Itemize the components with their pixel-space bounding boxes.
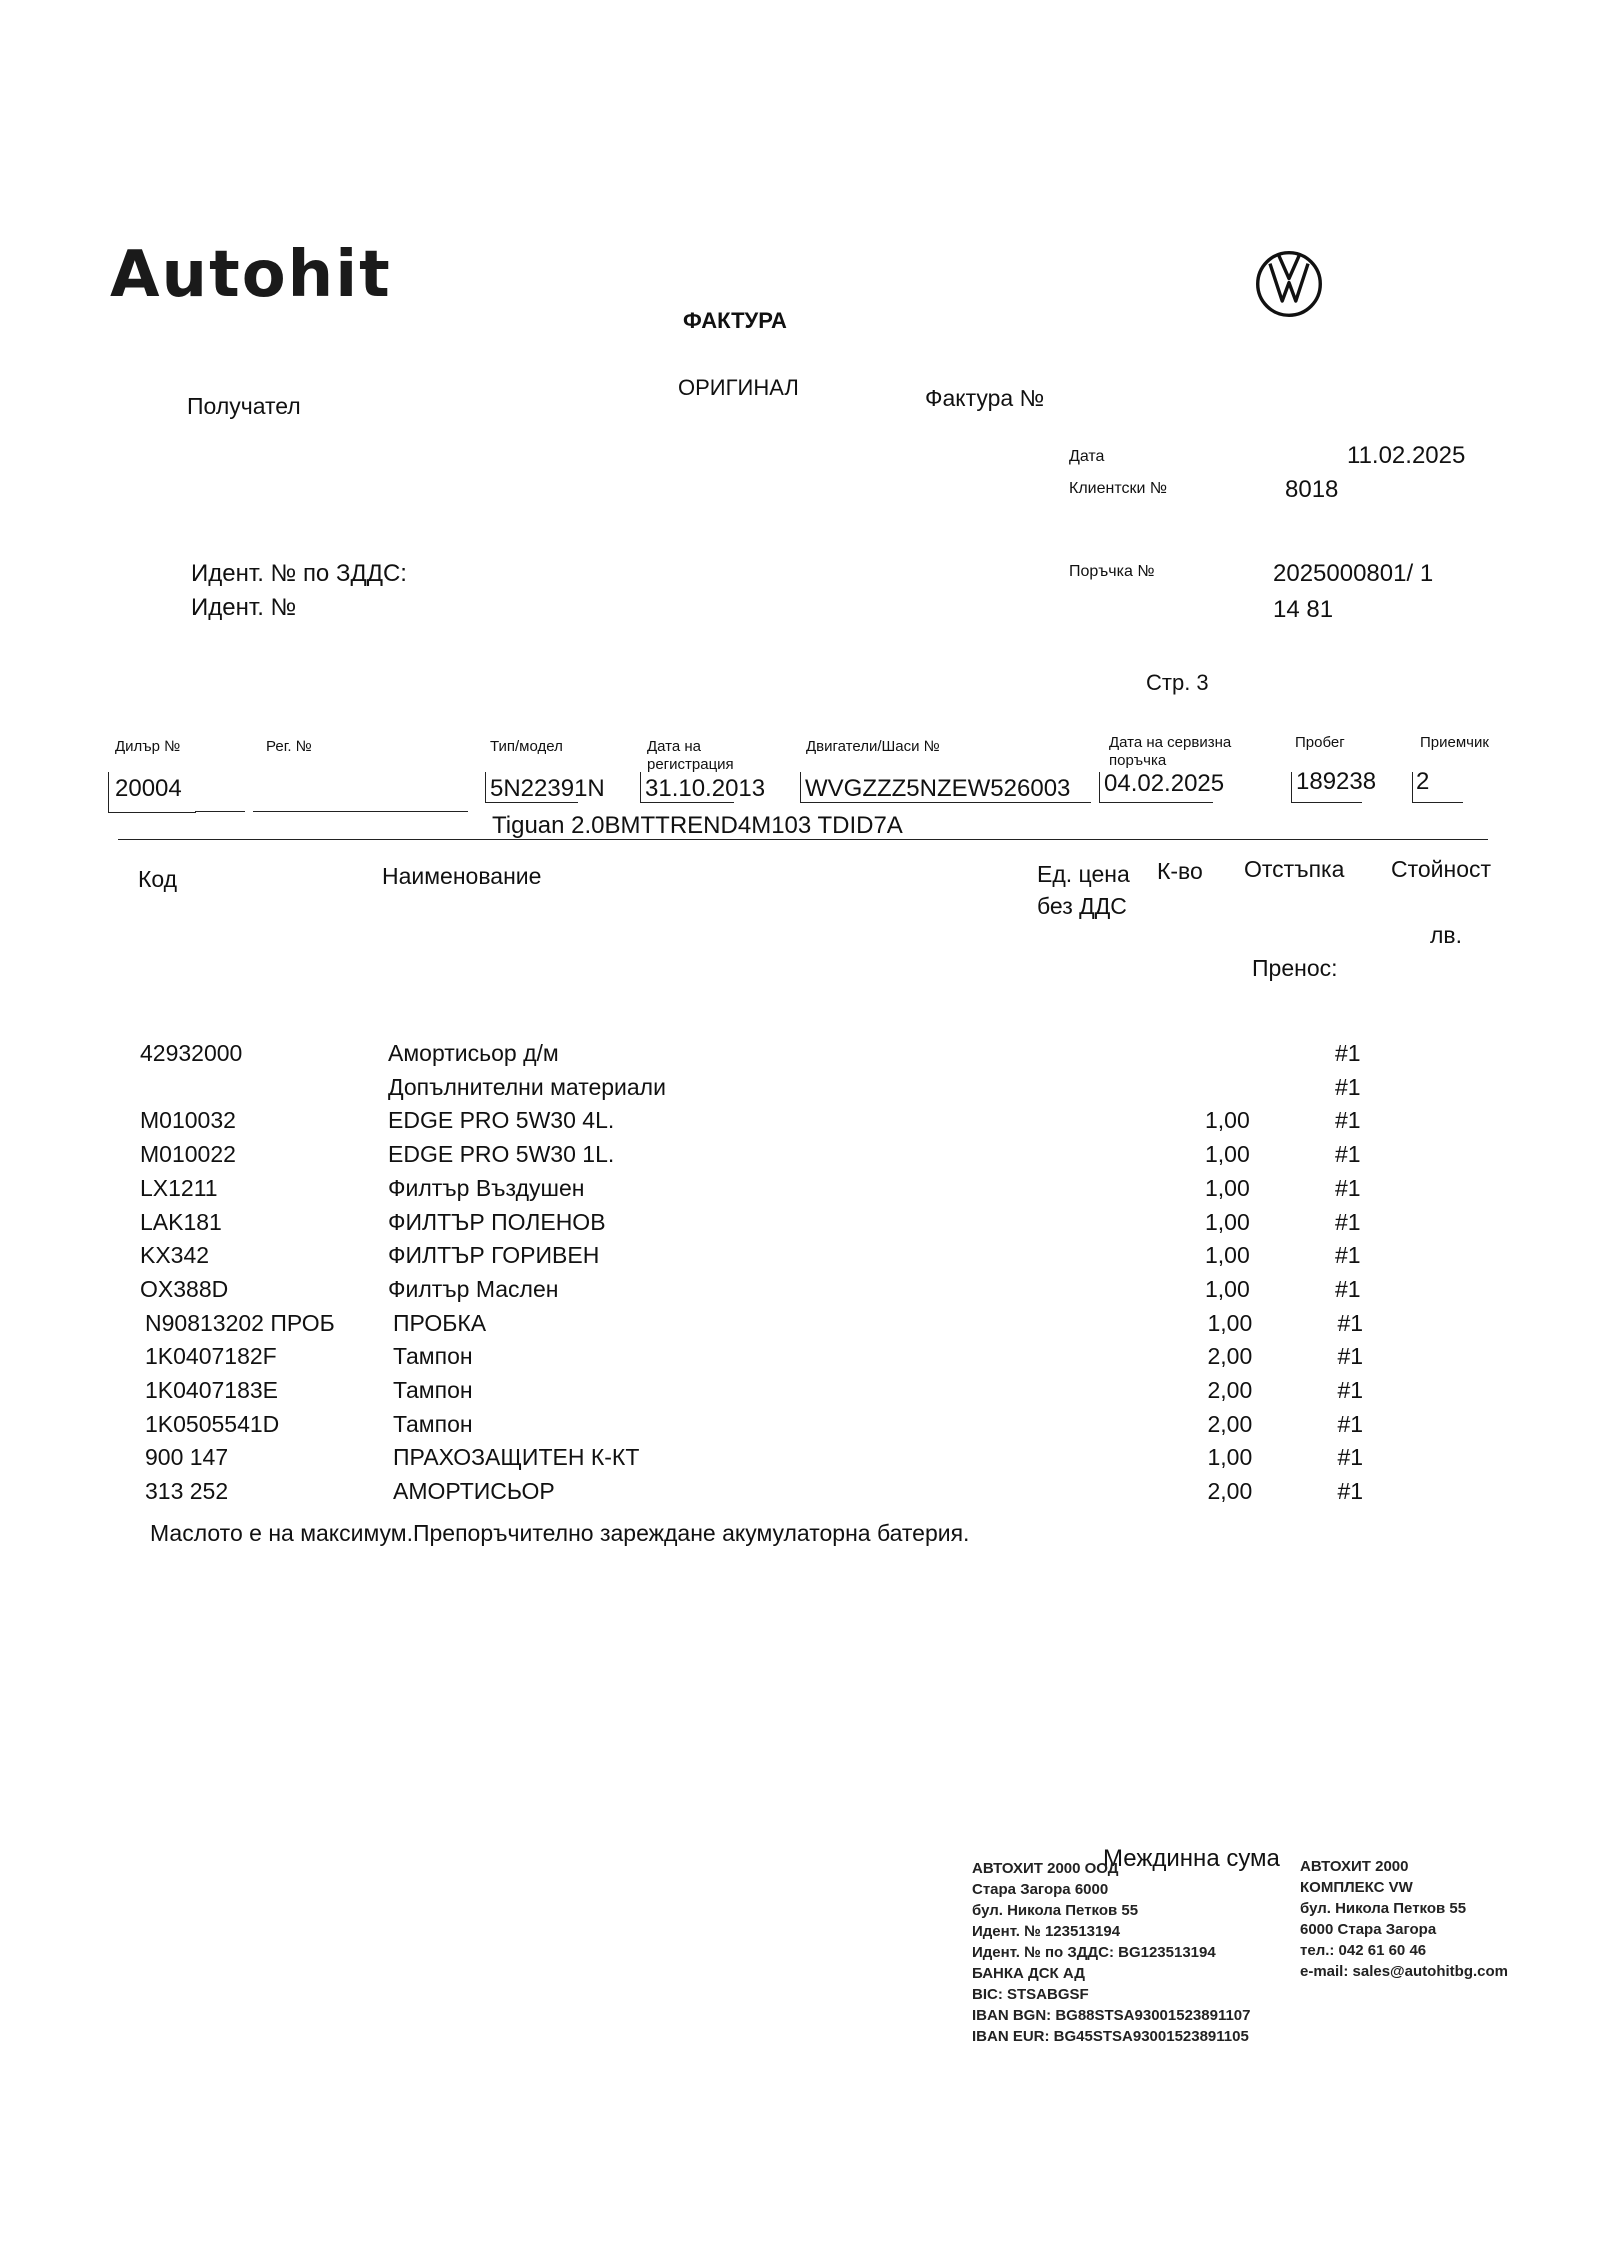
service-date-label: Дата на сервизнапоръчка: [1109, 734, 1231, 770]
type-value: 5N22391N: [490, 775, 605, 803]
item-discount: #1: [1335, 1040, 1361, 1067]
item-name: ФИЛТЪР ПОЛЕНОВ: [388, 1209, 606, 1236]
item-code: M010022: [140, 1141, 236, 1168]
reg-date-label: Дата нарегистрация: [647, 738, 734, 774]
item-quantity: 1,00: [1208, 1444, 1253, 1471]
item-discount: #1: [1338, 1310, 1364, 1337]
col-unit-price: Ед. ценабез ДДС: [1037, 858, 1130, 922]
item-code: KX342: [140, 1242, 209, 1269]
item-quantity: 2,00: [1208, 1478, 1253, 1505]
item-quantity: 1,00: [1205, 1107, 1250, 1134]
item-discount: #1: [1338, 1411, 1364, 1438]
item-discount: #1: [1335, 1141, 1361, 1168]
id-label: Идент. №: [191, 594, 296, 622]
currency-label: лв.: [1430, 922, 1462, 949]
order-number-label: Поръчка №: [1069, 563, 1155, 581]
service-note: Маслото е на максимум.Препоръчително зар…: [150, 1520, 969, 1547]
col-qty: К-во: [1157, 858, 1203, 885]
item-code: 1K0407183E: [145, 1377, 278, 1404]
document-copy-type: ОРИГИНАЛ: [678, 375, 799, 401]
item-code: 313 252: [145, 1478, 228, 1505]
item-code: LX1211: [140, 1175, 218, 1202]
address-line: АВТОХИТ 2000 ООД: [972, 1858, 1250, 1879]
item-quantity: 1,00: [1205, 1242, 1250, 1269]
item-code: 1K0407182F: [145, 1343, 277, 1370]
col-code: Код: [138, 866, 177, 893]
reg-date-value: 31.10.2013: [645, 775, 765, 803]
mileage-value: 189238: [1296, 768, 1376, 796]
dealership-contact: АВТОХИТ 2000КОМПЛЕКС VWбул. Никола Петко…: [1300, 1856, 1508, 1982]
item-name: ПРОБКА: [393, 1310, 486, 1337]
client-number-value: 8018: [1285, 476, 1338, 504]
item-name: Тампон: [393, 1411, 473, 1438]
carry-over-label: Пренос:: [1252, 955, 1338, 982]
item-discount: #1: [1335, 1175, 1361, 1202]
item-name: АМОРТИСЬОР: [393, 1478, 555, 1505]
item-code: N90813202 ПРОБ: [145, 1310, 335, 1337]
item-quantity: 1,00: [1208, 1310, 1253, 1337]
item-code: M010032: [140, 1107, 236, 1134]
item-quantity: 2,00: [1208, 1377, 1253, 1404]
address-line: АВТОХИТ 2000: [1300, 1856, 1508, 1877]
item-name: Амортисьор д/м: [388, 1040, 559, 1067]
item-discount: #1: [1335, 1209, 1361, 1236]
dealer-label: Дилър №: [115, 738, 180, 756]
item-name: EDGE PRO 5W30 4L.: [388, 1107, 614, 1134]
document-title: ФАКТУРА: [683, 308, 787, 334]
date-label: Дата: [1069, 448, 1104, 466]
item-code: OX388D: [140, 1276, 228, 1303]
address-line: БАНКА ДСК АД: [972, 1963, 1250, 1984]
item-quantity: 2,00: [1208, 1411, 1253, 1438]
address-line: бул. Никола Петков 55: [972, 1900, 1250, 1921]
address-line: IBAN BGN: BG88STSA93001523891107: [972, 2005, 1250, 2026]
item-name: Филтър Маслен: [388, 1276, 558, 1303]
col-name: Наименование: [382, 863, 541, 890]
address-line: бул. Никола Петков 55: [1300, 1898, 1508, 1919]
dealer-underline: [195, 811, 245, 812]
item-quantity: 1,00: [1205, 1209, 1250, 1236]
item-discount: #1: [1338, 1343, 1364, 1370]
item-discount: #1: [1335, 1276, 1361, 1303]
company-details: АВТОХИТ 2000 ООДСтара Загора 6000бул. Ни…: [972, 1858, 1250, 2047]
type-model-label: Тип/модел: [490, 738, 563, 756]
item-discount: #1: [1338, 1478, 1364, 1505]
item-code: LAK181: [140, 1209, 222, 1236]
brand-logo: Autohit: [110, 238, 392, 312]
item-code: 42932000: [140, 1040, 242, 1067]
item-code: 1K0505541D: [145, 1411, 279, 1438]
item-name: Тампон: [393, 1343, 473, 1370]
item-name: Филтър Въздушен: [388, 1175, 584, 1202]
recipient-label: Получател: [187, 393, 301, 420]
item-quantity: 1,00: [1205, 1141, 1250, 1168]
item-name: Допълнителни материали: [388, 1074, 666, 1101]
item-quantity: 2,00: [1208, 1343, 1253, 1370]
item-name: ФИЛТЪР ГОРИВЕН: [388, 1242, 599, 1269]
col-value: Стойност: [1391, 856, 1491, 883]
item-name: Тампон: [393, 1377, 473, 1404]
vin-label: Двигатели/Шаси №: [806, 738, 940, 756]
address-line: Идент. № 123513194: [972, 1921, 1250, 1942]
address-line: КОМПЛЕКС VW: [1300, 1877, 1508, 1898]
address-line: e-mail: sales@autohitbg.com: [1300, 1961, 1508, 1982]
receiver-value: 2: [1416, 768, 1429, 796]
address-line: IBAN EUR: BG45STSA93001523891105: [972, 2026, 1250, 2047]
item-discount: #1: [1338, 1444, 1364, 1471]
item-discount: #1: [1335, 1242, 1361, 1269]
invoice-number-label: Фактура №: [925, 385, 1044, 412]
address-line: тел.: 042 61 60 46: [1300, 1940, 1508, 1961]
item-name: ПРАХОЗАЩИТЕН К-КТ: [393, 1444, 639, 1471]
receiver-label: Приемчик: [1420, 734, 1489, 752]
service-date-value: 04.02.2025: [1104, 770, 1224, 798]
date-value: 11.02.2025: [1347, 442, 1465, 470]
page-number: Стр. 3: [1146, 670, 1209, 696]
address-line: Стара Загора 6000: [972, 1879, 1250, 1900]
mileage-label: Пробег: [1295, 734, 1345, 752]
vat-id-label: Идент. № по ЗДДС:: [191, 560, 407, 588]
item-quantity: 1,00: [1205, 1175, 1250, 1202]
order-number-value: 2025000801/ 1: [1273, 560, 1433, 588]
reg-label: Рег. №: [266, 738, 312, 756]
item-code: 900 147: [145, 1444, 228, 1471]
item-quantity: 1,00: [1205, 1276, 1250, 1303]
vehicle-model: Tiguan 2.0BMTTREND4M103 TDID7A: [492, 812, 903, 840]
item-discount: #1: [1335, 1107, 1361, 1134]
col-discount: Отстъпка: [1244, 856, 1344, 883]
order-extra-value: 14 81: [1273, 596, 1333, 624]
vin-value: WVGZZZ5NZEW526003: [805, 775, 1070, 803]
address-line: BIC: STSABGSF: [972, 1984, 1250, 2005]
client-number-label: Клиентски №: [1069, 480, 1167, 498]
vehicle-section-divider: [118, 839, 1488, 840]
item-discount: #1: [1338, 1377, 1364, 1404]
reg-underline: [253, 811, 468, 812]
vw-logo-icon: [1255, 250, 1323, 318]
dealer-value: 20004: [115, 775, 182, 803]
item-discount: #1: [1335, 1074, 1361, 1101]
item-name: EDGE PRO 5W30 1L.: [388, 1141, 614, 1168]
address-line: 6000 Стара Загора: [1300, 1919, 1508, 1940]
address-line: Идент. № по ЗДДС: BG123513194: [972, 1942, 1250, 1963]
